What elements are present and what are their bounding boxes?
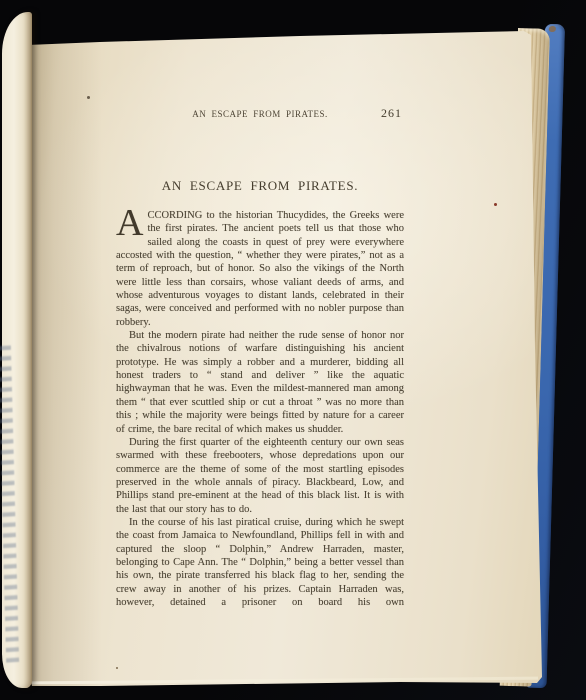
page-number: 261 bbox=[381, 106, 402, 121]
chapter-title: AN ESCAPE FROM PIRATES. bbox=[116, 178, 404, 194]
text-block: AN ESCAPE FROM PIRATES. 261 AN ESCAPE FR… bbox=[116, 106, 404, 609]
facing-page-curl bbox=[2, 12, 32, 688]
body-paragraph: But the modern pirate had neither the ru… bbox=[116, 329, 404, 436]
page-bottom-edge-highlight bbox=[32, 677, 538, 685]
page-speck bbox=[494, 203, 497, 206]
paragraph-text: But the modern pirate had neither the ru… bbox=[116, 330, 404, 434]
paragraph-text: During the first quarter of the eighteen… bbox=[116, 437, 404, 515]
cover-corner-wear bbox=[549, 26, 556, 32]
page-speck bbox=[87, 96, 90, 99]
page-speck bbox=[116, 667, 118, 669]
body-paragraph: ACCORDING to the historian Thucydides, t… bbox=[116, 209, 404, 329]
paragraph-text: CCORDING to the historian Thucydides, th… bbox=[116, 210, 404, 328]
body-paragraph: During the first quarter of the eighteen… bbox=[116, 436, 404, 516]
running-head: AN ESCAPE FROM PIRATES. bbox=[192, 109, 328, 119]
body-text: ACCORDING to the historian Thucydides, t… bbox=[116, 209, 404, 609]
facing-page-ghost-text bbox=[0, 345, 19, 663]
open-book-photo: AN ESCAPE FROM PIRATES. 261 AN ESCAPE FR… bbox=[0, 0, 586, 700]
paragraph-text: In the course of his last piratical crui… bbox=[116, 517, 404, 608]
body-paragraph: In the course of his last piratical crui… bbox=[116, 516, 404, 609]
gutter-shadow bbox=[24, 28, 102, 686]
book-page: AN ESCAPE FROM PIRATES. 261 AN ESCAPE FR… bbox=[24, 28, 544, 686]
drop-cap: A bbox=[116, 210, 143, 236]
running-head-row: AN ESCAPE FROM PIRATES. 261 bbox=[116, 106, 404, 121]
